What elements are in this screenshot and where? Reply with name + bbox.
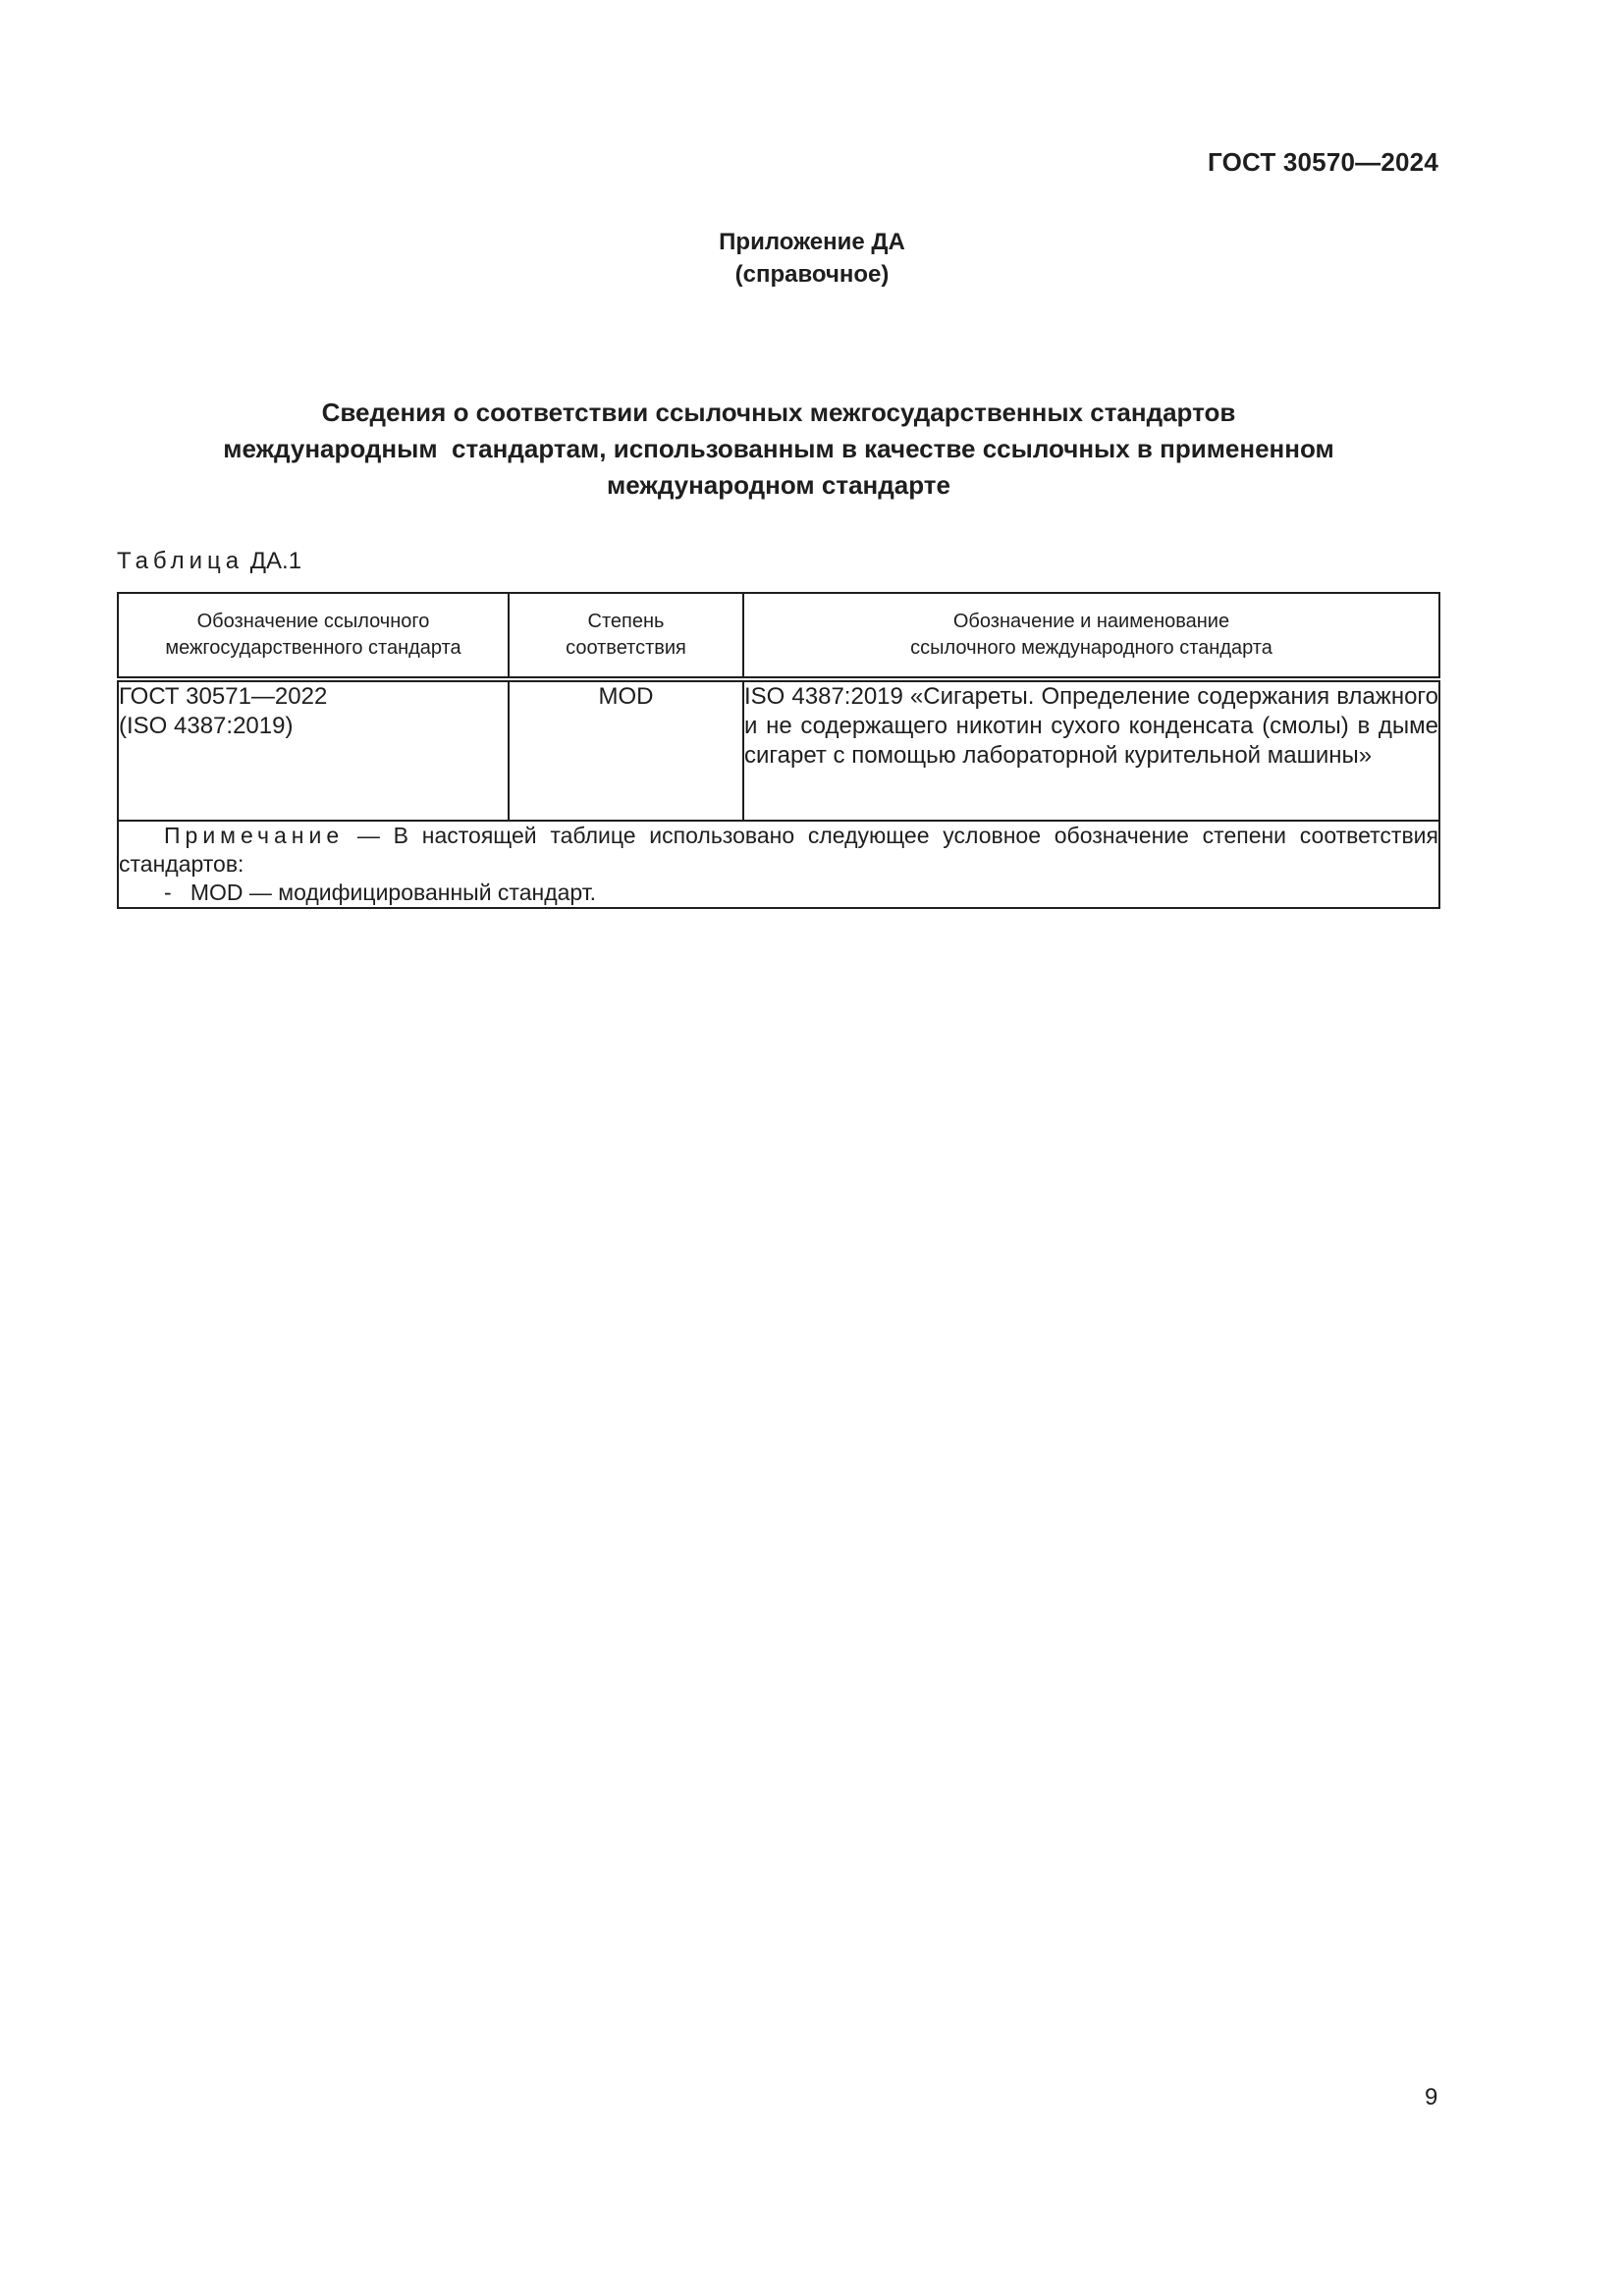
note-list-item: - MOD — модифицированный стандарт. — [119, 879, 1438, 907]
column-header-international-standard: Обозначение и наименование ссылочного ме… — [743, 593, 1439, 679]
cell-interstate-standard: ГОСТ 30571—2022 (ISO 4387:2019) — [118, 679, 509, 821]
heading-line: Сведения о соответствии ссылочных межгос… — [118, 395, 1439, 431]
reference-standards-table: Обозначение ссылочного межгосударственно… — [117, 592, 1440, 909]
table-caption-number: ДА.1 — [250, 548, 301, 574]
table-note-row: Примечание — В настоящей таблице использ… — [118, 821, 1439, 908]
note-label: Примечание — [164, 823, 344, 848]
page-number: 9 — [1425, 2084, 1437, 2111]
heading-line: международном стандарте — [118, 467, 1439, 504]
table-caption: Таблица ДА.1 — [117, 548, 301, 575]
appendix-title: Приложение ДА — [0, 226, 1624, 258]
table-note: Примечание — В настоящей таблице использ… — [118, 821, 1439, 908]
table-row: ГОСТ 30571—2022 (ISO 4387:2019) MOD ISO … — [118, 679, 1439, 821]
note-text: Примечание — В настоящей таблице использ… — [119, 822, 1438, 879]
heading-line: международным стандартам, использованным… — [118, 431, 1439, 467]
column-header-degree: Степень соответствия — [509, 593, 743, 679]
cell-international-standard: ISO 4387:2019 «Сигареты. Определение сод… — [743, 679, 1439, 821]
appendix-subtitle: (справочное) — [0, 258, 1624, 291]
document-code: ГОСТ 30570—2024 — [1208, 147, 1438, 178]
section-heading: Сведения о соответствии ссылочных межгос… — [118, 395, 1439, 504]
table-caption-label: Таблица — [117, 548, 244, 574]
cell-degree: MOD — [509, 679, 743, 821]
appendix-heading: Приложение ДА (справочное) — [0, 226, 1624, 291]
table-header-row: Обозначение ссылочного межгосударственно… — [118, 593, 1439, 679]
column-header-interstate-standard: Обозначение ссылочного межгосударственно… — [118, 593, 509, 679]
